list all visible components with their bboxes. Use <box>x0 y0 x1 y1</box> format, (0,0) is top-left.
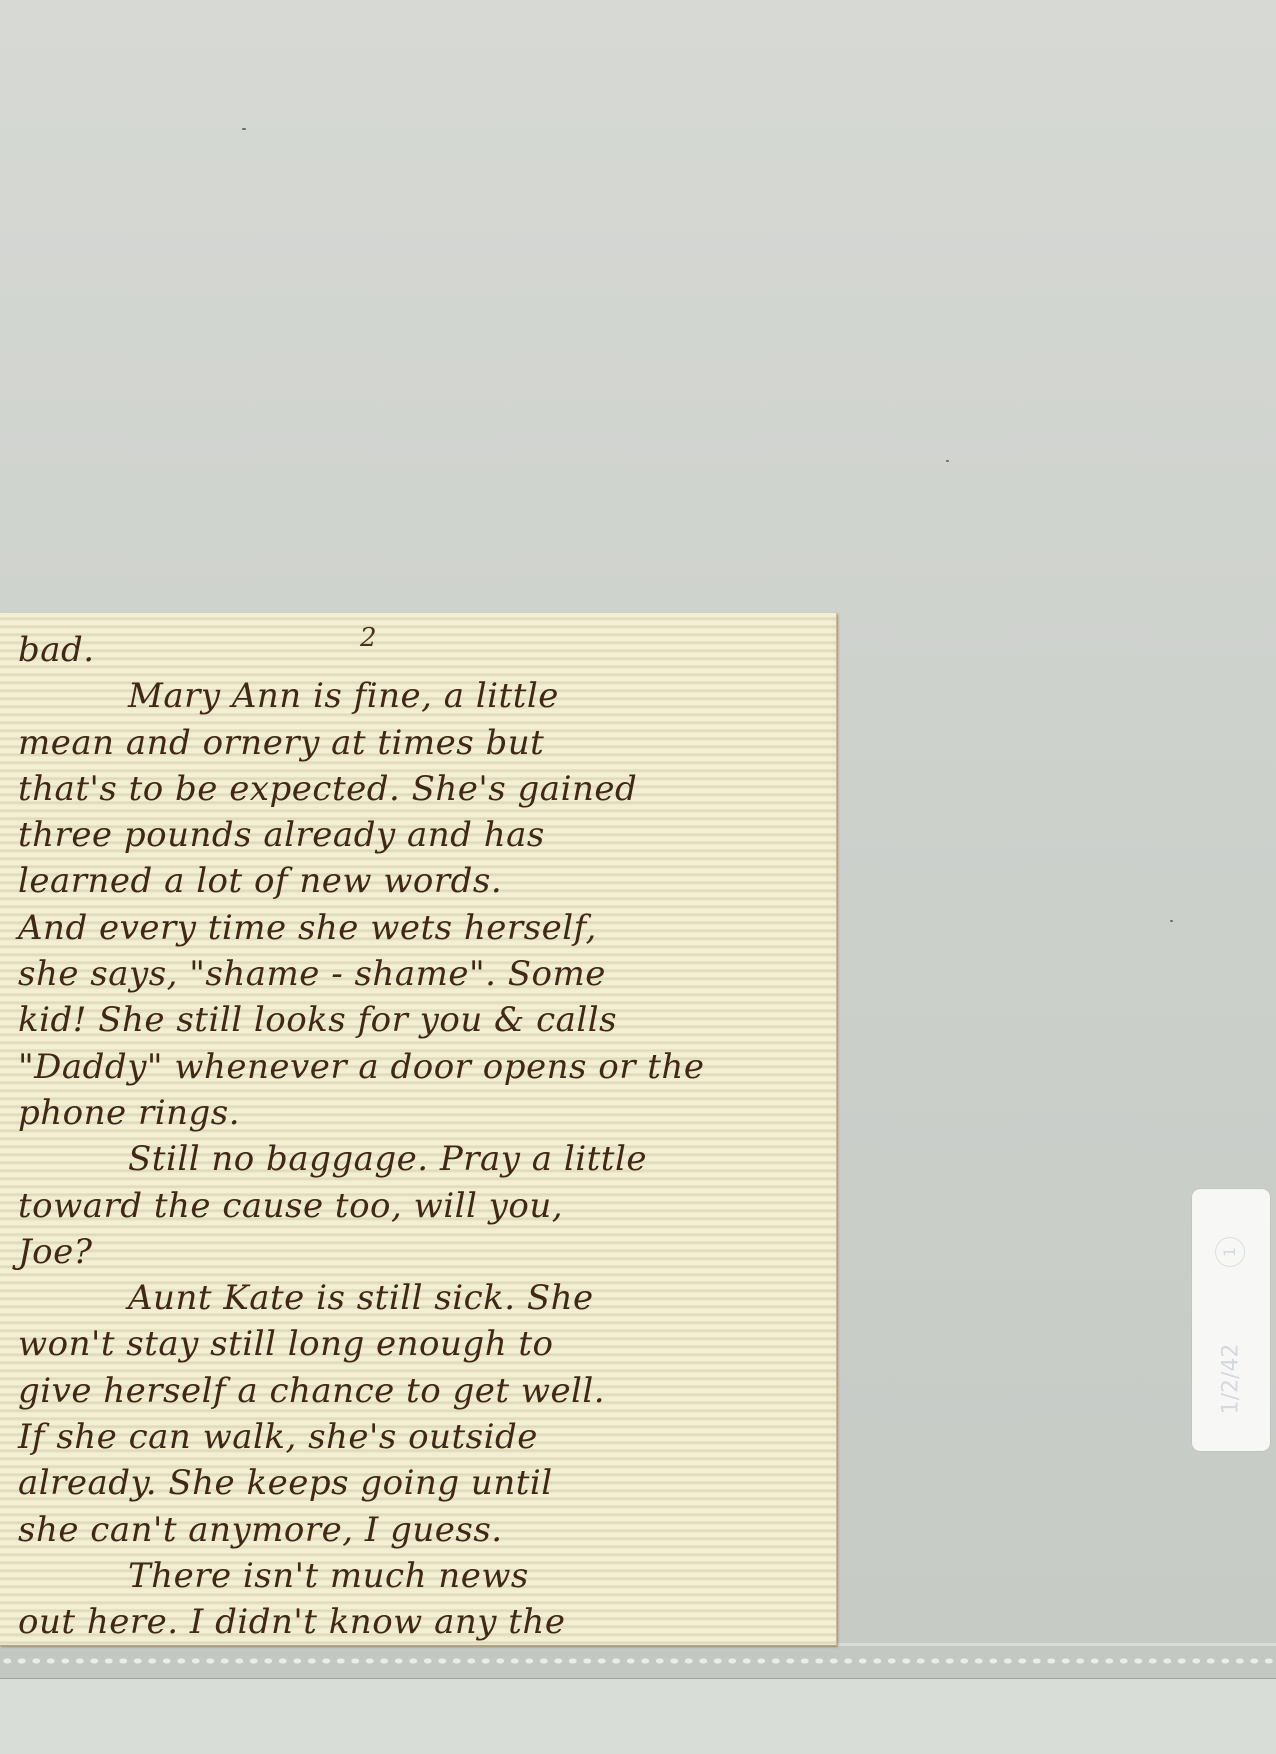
dust-speck <box>1170 920 1173 922</box>
letter-line: "Daddy" whenever a door opens or the <box>18 1044 828 1090</box>
letter-line: toward the cause too, will you, <box>18 1183 828 1229</box>
letter-line: that's to be expected. She's gained <box>18 766 828 812</box>
letter-line: Joe? <box>18 1229 828 1275</box>
archive-date: 1/2/42 <box>1219 1344 1244 1415</box>
letter-line: bad. <box>18 627 828 673</box>
letter-line: Mary Ann is fine, a little <box>18 673 828 719</box>
letter-line: phone rings. <box>18 1090 828 1136</box>
letter-line: kid! She still looks for you & calls <box>18 997 828 1043</box>
letter-body: bad. Mary Ann is fine, a little mean and… <box>18 627 828 1646</box>
letter-line: she can't anymore, I guess. <box>18 1507 828 1553</box>
letter-line: she says, "shame - shame". Some <box>18 951 828 997</box>
letter-line: Still no baggage. Pray a little <box>18 1136 828 1182</box>
letter-line: Aunt Kate is still sick. She <box>18 1275 828 1321</box>
letter-line: mean and ornery at times but <box>18 720 828 766</box>
letter-line: If she can walk, she's outside <box>18 1414 828 1460</box>
letter-line: And every time she wets herself, <box>18 905 828 951</box>
dust-speck <box>242 128 246 130</box>
letter-line: There isn't much news <box>18 1553 828 1599</box>
letter-page: 2 bad. Mary Ann is fine, a little mean a… <box>0 613 837 1646</box>
letter-line: out here. I didn't know any the <box>18 1599 828 1645</box>
archive-label-tag: 1 1/2/42 <box>1192 1189 1270 1451</box>
letter-line: won't stay still long enough to <box>18 1321 828 1367</box>
dust-speck <box>946 460 949 462</box>
letter-line: already. She keeps going until <box>18 1460 828 1506</box>
letter-line: learned a lot of new words. <box>18 858 828 904</box>
letter-line: three pounds already and has <box>18 812 828 858</box>
item-number-circle: 1 <box>1215 1237 1245 1267</box>
sleeve-seam-perforations <box>0 1656 1276 1666</box>
letter-line: give herself a chance to get well. <box>18 1368 828 1414</box>
